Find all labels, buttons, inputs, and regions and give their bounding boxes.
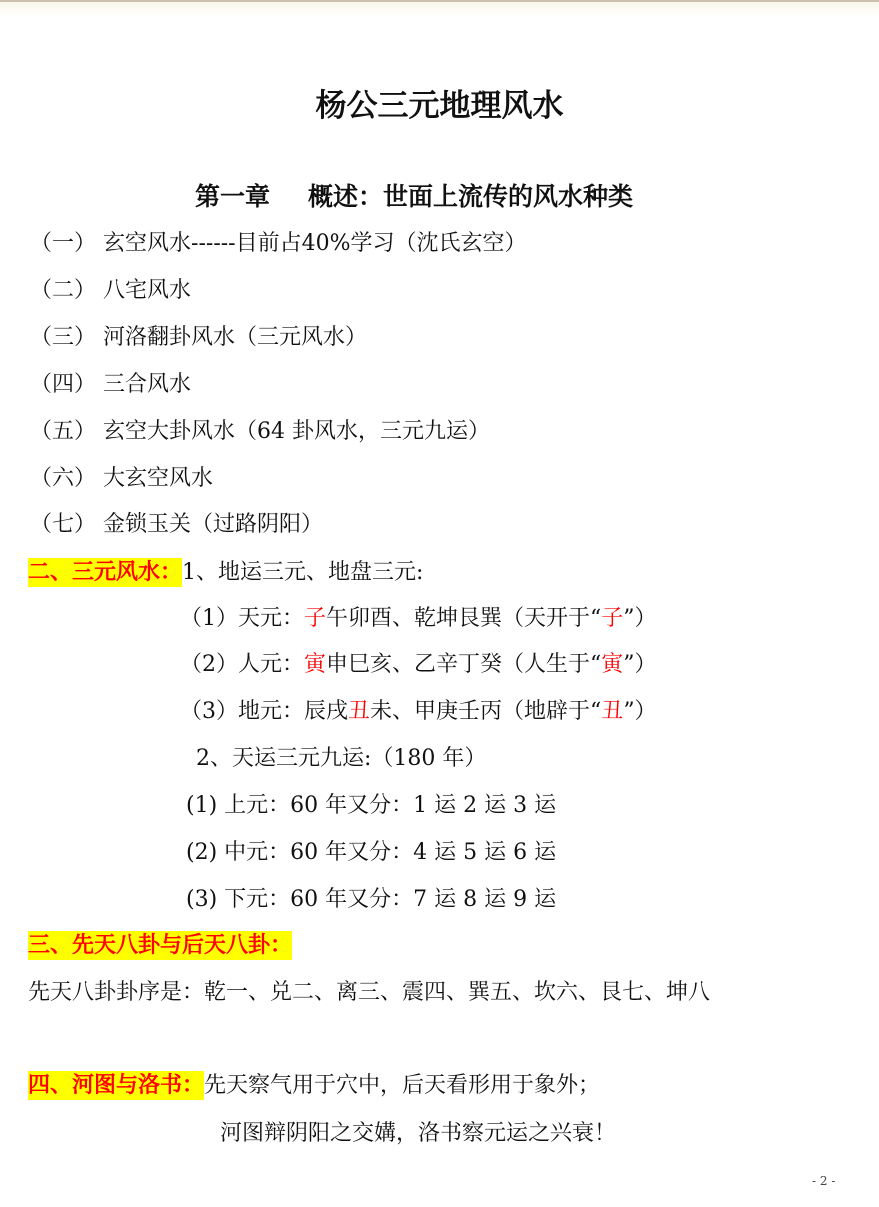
yun-text: 中元：60 年又分：4 运 5 运 6 运 (224, 840, 556, 865)
section-4-line2: 河图辩阴阳之交媾，洛书察元运之兴衰！ (220, 1119, 616, 1149)
yuan-name: 天元： (238, 606, 304, 631)
yuan-end: ”） (623, 699, 656, 724)
yun-marker: (2) (186, 840, 217, 865)
section-4-heading: 四、河图与洛书： (28, 1071, 204, 1100)
section-2-line: 二、三元风水：1、地运三元、地盘三元: (28, 558, 423, 588)
section-3-text: 先天八卦卦序是：乾一、兑二、离三、震四、巽五、坎六、艮七、坤八 (28, 978, 710, 1008)
list-item: （二） 八宅风水 (30, 276, 191, 306)
yuan-pre: 辰戌 (304, 699, 348, 724)
list-marker: （一） (30, 231, 96, 256)
red-branch: 丑 (601, 699, 623, 724)
section-2-heading: 二、三元风水： (28, 558, 182, 587)
yun-marker: (3) (186, 887, 217, 912)
list-marker: （五） (30, 419, 96, 444)
yuan-end: ”） (623, 652, 656, 677)
section-3-line: 三、先天八卦与后天八卦： (28, 931, 292, 961)
section-2-sub1: 1、地运三元、地盘三元: (182, 560, 423, 585)
document-title: 杨公三元地理风水 (0, 86, 879, 126)
chapter-title: 概述：世面上流传的风水种类 (308, 182, 633, 211)
chapter-heading: 第一章概述：世面上流传的风水种类 (195, 180, 633, 214)
list-marker: （二） (30, 278, 96, 303)
red-branch: 子 (304, 606, 326, 631)
yuan-text: 午卯酉、乾坤艮巽（天开于“ (326, 606, 601, 631)
red-branch: 寅 (601, 652, 623, 677)
yun-marker: (1) (186, 793, 217, 818)
list-marker: （三） (30, 325, 96, 350)
yun-row: (2) 中元：60 年又分：4 运 5 运 6 运 (186, 838, 556, 868)
yuan-end: ”） (623, 606, 656, 631)
yun-row: (3) 下元：60 年又分：7 运 8 运 9 运 (186, 885, 556, 915)
list-text: 三合风水 (103, 372, 191, 397)
list-marker: （四） (30, 372, 96, 397)
list-text: 金锁玉关（过路阴阳） (103, 512, 323, 537)
yuan-name: 地元： (238, 699, 304, 724)
list-text: 大玄空风水 (103, 466, 213, 491)
yuan-name: 人元： (238, 652, 304, 677)
yuan-marker: （2） (180, 652, 238, 677)
section-4-line: 四、河图与洛书：先天察气用于穴中，后天看形用于象外； (28, 1071, 600, 1101)
section-4-line1: 先天察气用于穴中，后天看形用于象外； (204, 1073, 600, 1098)
yuan-row: （3）地元：辰戌丑未、甲庚壬丙（地辟于“丑”） (180, 697, 657, 727)
list-text: 玄空风水------目前占40%学习（沈氏玄空） (103, 231, 527, 256)
list-text: 河洛翻卦风水（三元风水） (103, 325, 367, 350)
section-3-heading: 三、先天八卦与后天八卦： (28, 931, 292, 960)
yuan-marker: （1） (180, 606, 238, 631)
list-marker: （六） (30, 466, 96, 491)
section-2-sub2: 2、天运三元九运:（180 年） (196, 744, 486, 774)
yuan-row: （1）天元：子午卯酉、乾坤艮巽（天开于“子”） (180, 604, 657, 634)
list-item: （六） 大玄空风水 (30, 464, 213, 494)
yuan-text: 申巳亥、乙辛丁癸（人生于“ (326, 652, 601, 677)
page-number: - 2 - (812, 1174, 835, 1188)
red-branch: 子 (601, 606, 623, 631)
list-marker: （七） (30, 512, 96, 537)
list-item: （七） 金锁玉关（过路阴阳） (30, 510, 323, 540)
list-item: （三） 河洛翻卦风水（三元风水） (30, 323, 367, 353)
chapter-label: 第一章 (195, 182, 270, 211)
list-item: （五） 玄空大卦风水（64 卦风水，三元九运） (30, 417, 490, 447)
yuan-marker: （3） (180, 699, 238, 724)
list-text: 玄空大卦风水（64 卦风水，三元九运） (103, 419, 490, 444)
yuan-text: 未、甲庚壬丙（地辟于“ (370, 699, 601, 724)
list-item: （四） 三合风水 (30, 370, 191, 400)
list-text: 八宅风水 (103, 278, 191, 303)
red-branch: 丑 (348, 699, 370, 724)
yun-text: 上元：60 年又分：1 运 2 运 3 运 (224, 793, 556, 818)
yuan-row: （2）人元：寅申巳亥、乙辛丁癸（人生于“寅”） (180, 650, 657, 680)
yun-text: 下元：60 年又分：7 运 8 运 9 运 (224, 887, 556, 912)
red-branch: 寅 (304, 652, 326, 677)
list-item: （一） 玄空风水------目前占40%学习（沈氏玄空） (30, 229, 527, 259)
yun-row: (1) 上元：60 年又分：1 运 2 运 3 运 (186, 791, 556, 821)
page-top-shading (0, 2, 879, 16)
